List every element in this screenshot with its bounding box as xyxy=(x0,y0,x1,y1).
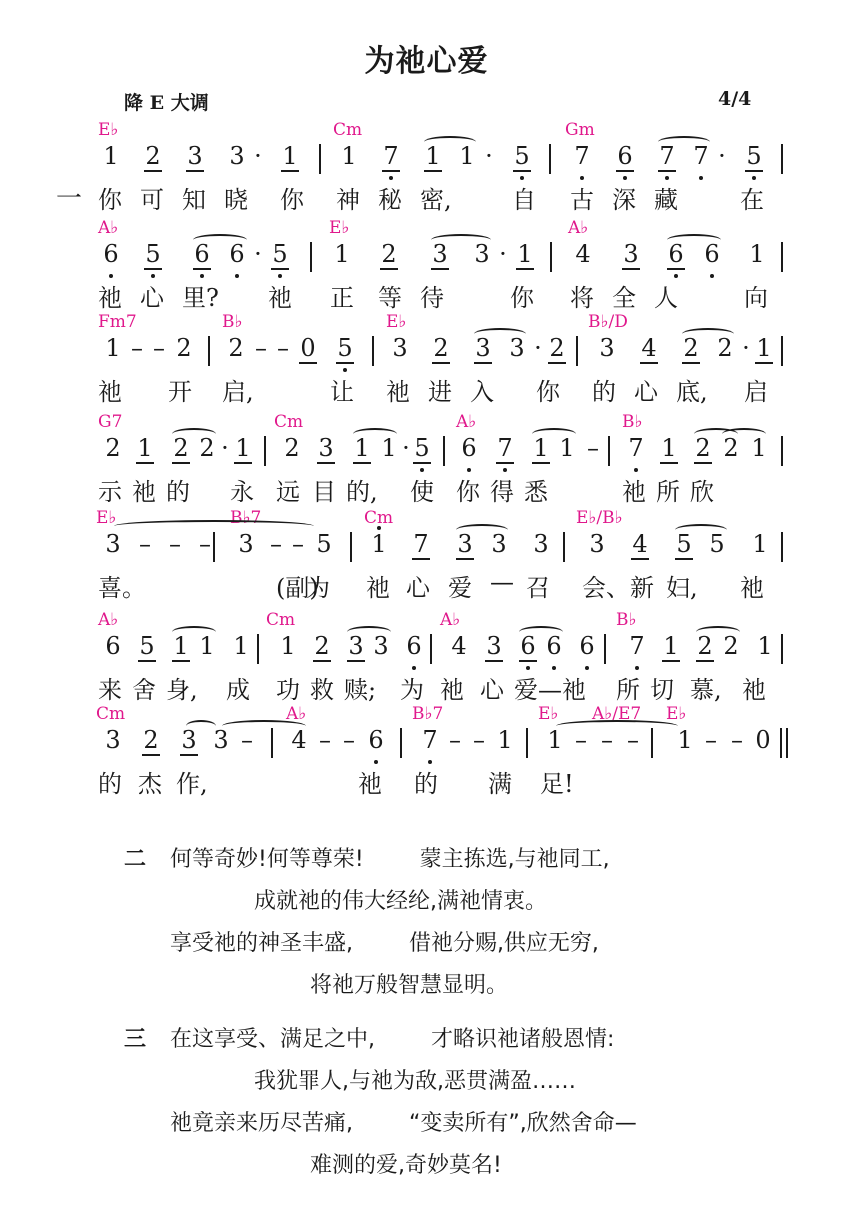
tie-slur xyxy=(474,328,526,340)
lyric-syllable: 正 xyxy=(330,278,354,313)
note: 4 xyxy=(640,334,658,364)
barline xyxy=(550,242,552,272)
sustain-dash: – xyxy=(274,334,292,362)
lyric-syllable: 妇, xyxy=(666,568,698,603)
note: 1 xyxy=(234,434,252,464)
lyric-syllable: 自 xyxy=(512,180,536,215)
lyric-syllable: 成 xyxy=(226,670,250,705)
sustain-dash: – xyxy=(166,530,184,558)
lyric-syllable: 向 xyxy=(744,278,768,313)
lyric-syllable: 使 xyxy=(410,472,434,507)
lyric-syllable: 会、新 xyxy=(582,568,654,603)
chord-symbol: E♭ xyxy=(329,218,349,238)
note: 7 xyxy=(421,726,439,754)
lyric-syllable: 悉 xyxy=(524,472,548,507)
dot-extension: · xyxy=(737,334,755,362)
tie-slur xyxy=(347,626,391,638)
barline xyxy=(264,436,266,466)
note: 3 xyxy=(588,530,606,558)
stanza-line: 何等奇妙!何等尊荣! 蒙主拣选,与祂同工, xyxy=(170,842,610,873)
note: 3 xyxy=(532,530,550,558)
note: 6 xyxy=(102,240,120,268)
lyric-syllable: 示 xyxy=(98,472,122,507)
score-system: A♭E♭A♭6566·51233·143661祂心里?祂正等待你将全人向 xyxy=(0,218,853,316)
tie-slur xyxy=(682,328,734,340)
sustain-dash: – xyxy=(340,726,358,754)
dot-extension: · xyxy=(216,434,234,462)
lyric-syllable: 晓 xyxy=(224,180,248,215)
chord-symbol: Cm xyxy=(274,412,303,432)
chord-symbol: E♭/B♭ xyxy=(576,508,623,528)
barline xyxy=(563,532,565,562)
note: 1 xyxy=(756,632,774,660)
chord-symbol: B♭/D xyxy=(588,312,628,332)
score-system: CmA♭B♭7E♭A♭/E7E♭3233–4––67––11–––1––0的杰作… xyxy=(0,704,853,802)
sustain-dash: – xyxy=(128,334,146,362)
barline xyxy=(781,242,783,272)
tie-slur xyxy=(172,626,216,638)
chord-symbol: B♭7 xyxy=(412,704,443,724)
lyric-syllable: 你 xyxy=(510,278,534,313)
chord-symbol: E♭ xyxy=(98,120,118,140)
chord-symbol: A♭ xyxy=(98,218,118,238)
tie-slur xyxy=(675,524,727,536)
lyric-syllable: 祂 xyxy=(440,670,464,705)
dot-extension: · xyxy=(494,240,512,268)
lyric-syllable: 可 xyxy=(140,180,164,215)
stanza-line: 我犹罪人,与祂为敌,恶贯满盈…… xyxy=(254,1064,576,1095)
lyric-syllable: 藏 xyxy=(654,180,678,215)
dot-extension: · xyxy=(480,142,498,170)
lyric-syllable: 所 xyxy=(656,472,680,507)
score-system: E♭CmGm1233·11711·57677·5你可知晓你神秘密,自古深藏在 xyxy=(0,120,853,218)
lyric-syllable: 待 xyxy=(420,278,444,313)
lyric-syllable: 祂 xyxy=(622,472,646,507)
note: 3 xyxy=(391,334,409,362)
lyric-syllable: 深 xyxy=(612,180,636,215)
tie-slur xyxy=(424,136,476,148)
lyric-syllable: 祂 xyxy=(268,278,292,313)
lower-octave-dot xyxy=(710,274,714,278)
chord-symbol: B♭ xyxy=(622,412,643,432)
note: 1 xyxy=(370,530,388,558)
lyric-syllable: 祂 xyxy=(358,764,382,799)
note: 5 xyxy=(144,240,162,270)
tie-slur xyxy=(696,626,740,638)
lyric-syllable: 祂 xyxy=(98,278,122,313)
lyric-syllable: 足! xyxy=(540,764,574,799)
note: 1 xyxy=(516,240,534,270)
sustain-dash: – xyxy=(136,530,154,558)
chord-symbol: E♭ xyxy=(666,704,686,724)
lyric-syllable: 为 xyxy=(400,670,424,705)
note: 1 xyxy=(755,334,773,364)
sustain-dash: – xyxy=(150,334,168,362)
chord-symbol: Cm xyxy=(364,508,393,528)
note: 3 xyxy=(237,530,255,558)
note: 0 xyxy=(299,334,317,364)
score-system: A♭CmA♭B♭65111123364366671221来舍身,成功救赎;为祂心… xyxy=(0,610,853,708)
note: 7 xyxy=(412,530,430,560)
stanza-line: 祂竟亲来历尽苦痛, “变卖所有”,欣然舍命— xyxy=(170,1106,637,1137)
lyric-syllable: 欣 xyxy=(690,472,714,507)
stanza-line: 成就祂的伟大经纶,满祂情衷。 xyxy=(254,884,547,915)
note: 3 xyxy=(485,632,503,662)
note: 7 xyxy=(573,142,591,170)
lyric-syllable: 喜。 xyxy=(98,568,146,603)
barline xyxy=(310,242,312,272)
note: 1 xyxy=(751,530,769,558)
note: 2 xyxy=(380,240,398,270)
lyric-syllable: 进 xyxy=(428,372,452,407)
barline xyxy=(549,144,551,174)
lower-octave-dot xyxy=(699,176,703,180)
time-signature: 4/4 xyxy=(718,88,751,110)
chord-symbol: E♭ xyxy=(386,312,406,332)
note: 1 xyxy=(748,240,766,268)
chord-symbol: A♭ xyxy=(568,218,588,238)
lyric-syllable: 身, xyxy=(166,670,198,705)
lyric-syllable: 密, xyxy=(420,180,452,215)
chord-symbol: Cm xyxy=(96,704,125,724)
barline xyxy=(526,728,528,758)
tie-slur xyxy=(456,524,508,536)
lyric-syllable: 祂 xyxy=(742,670,766,705)
lyric-syllable: 开 xyxy=(168,372,192,407)
lyric-syllable: 祂 xyxy=(366,568,390,603)
chord-symbol: B♭ xyxy=(616,610,637,630)
note: 2 xyxy=(142,726,160,756)
lyric-syllable: 祂 xyxy=(386,372,410,407)
score-system: Fm7B♭E♭B♭/D1––22––053233·23422·1祂开启,让祂进入… xyxy=(0,312,853,410)
note: 6 xyxy=(460,434,478,462)
barline xyxy=(781,144,783,174)
barline xyxy=(430,634,432,664)
note: 6 xyxy=(367,726,385,754)
note: 6 xyxy=(616,142,634,172)
upper-octave-dot xyxy=(377,526,381,530)
tie-slur xyxy=(532,428,576,440)
lyric-syllable: 满 xyxy=(488,764,512,799)
lyric-syllable: 慕, xyxy=(690,670,722,705)
note: 3 xyxy=(104,726,122,754)
lyric-syllable: 心 xyxy=(140,278,164,313)
dot-extension: · xyxy=(529,334,547,362)
note: 2 xyxy=(283,434,301,462)
lyric-syllable: 来 xyxy=(98,670,122,705)
note: 1 xyxy=(333,240,351,268)
lyric-syllable: 爱 xyxy=(448,568,472,603)
lyric-syllable: 切 xyxy=(650,670,674,705)
tie-slur xyxy=(431,234,491,246)
lyric-syllable: 心 xyxy=(480,670,504,705)
note: 1 xyxy=(496,726,514,754)
barline xyxy=(443,436,445,466)
stanza-line: 将祂万般智慧显明。 xyxy=(310,968,508,999)
barline xyxy=(781,336,783,366)
tie-slur xyxy=(519,626,563,638)
lyric-syllable: 作, xyxy=(176,764,208,799)
lyric-syllable: 你 xyxy=(280,180,304,215)
tie-slur xyxy=(193,234,247,246)
dot-extension: · xyxy=(713,142,731,170)
barline xyxy=(257,634,259,664)
stanza-line: 难测的爱,奇妙莫名! xyxy=(310,1148,502,1179)
note: 3 xyxy=(598,334,616,362)
chord-symbol: Cm xyxy=(333,120,362,140)
lyric-syllable: 的, xyxy=(346,472,378,507)
lyric-syllable: 古 xyxy=(570,180,594,215)
chord-symbol: Gm xyxy=(565,120,595,140)
lyric-syllable: 永 xyxy=(230,472,254,507)
chord-symbol: Cm xyxy=(266,610,295,630)
lyric-syllable: 的 xyxy=(166,472,190,507)
lyric-syllable: 将 xyxy=(570,278,594,313)
lyric-syllable: 的 xyxy=(414,764,438,799)
lyric-syllable: 人 xyxy=(654,278,678,313)
lyric-syllable: 让 xyxy=(330,372,354,407)
note: 3 xyxy=(104,530,122,558)
lyric-syllable: 祂 xyxy=(98,372,122,407)
barline xyxy=(372,336,374,366)
note: 2 xyxy=(144,142,162,172)
tie-slur xyxy=(172,428,216,440)
barline xyxy=(208,336,210,366)
lyric-syllable: 你 xyxy=(536,372,560,407)
lyric-syllable: 里? xyxy=(182,278,219,313)
lyric-syllable: 知 xyxy=(182,180,206,215)
lyric-syllable: 目 xyxy=(312,472,336,507)
note: 7 xyxy=(627,434,645,462)
tie-slur xyxy=(222,720,306,732)
note: 1 xyxy=(281,142,299,172)
lyric-syllable: 秘 xyxy=(378,180,402,215)
lyric-syllable: 启, xyxy=(222,372,254,407)
barline xyxy=(781,436,783,466)
note: 1 xyxy=(232,632,250,660)
note: 4 xyxy=(631,530,649,560)
score-system: E♭B♭7CmE♭/B♭3–––3––51733334551喜。(副)为祂心爱—… xyxy=(0,508,853,606)
tie-slur xyxy=(114,520,314,532)
lower-octave-dot xyxy=(235,274,239,278)
note: 7 xyxy=(382,142,400,172)
barline xyxy=(651,728,653,758)
tie-slur xyxy=(667,234,721,246)
lyric-syllable: 全 xyxy=(612,278,636,313)
note: 5 xyxy=(315,530,333,558)
lyric-syllable: 启 xyxy=(744,372,768,407)
note: 1 xyxy=(102,142,120,170)
note: 5 xyxy=(138,632,156,662)
note: 4 xyxy=(450,632,468,660)
lyric-syllable: 心 xyxy=(634,372,658,407)
dot-extension: · xyxy=(249,142,267,170)
sustain-dash: – xyxy=(446,726,464,754)
lyric-syllable: 爱—祂 xyxy=(514,670,586,705)
sustain-dash: – xyxy=(728,726,746,754)
tie-slur xyxy=(658,136,710,148)
lyric-syllable: 所 xyxy=(616,670,640,705)
lyric-syllable: 舍 xyxy=(132,670,156,705)
lyric-syllable: 底, xyxy=(676,372,708,407)
stanza-number: 二 xyxy=(124,842,146,873)
note: 2 xyxy=(313,632,331,662)
tie-slur xyxy=(722,428,766,440)
note: 1 xyxy=(676,726,694,754)
barline xyxy=(400,728,402,758)
lyric-syllable: — xyxy=(490,568,514,596)
tie-slur xyxy=(556,720,678,732)
note: 2 xyxy=(548,334,566,364)
key-signature: 降 E 大调 xyxy=(124,88,209,115)
sustain-dash: – xyxy=(289,530,307,558)
lyric-syllable: 得 xyxy=(490,472,514,507)
barline xyxy=(213,532,215,562)
chord-symbol: A♭ xyxy=(456,412,476,432)
note: 7 xyxy=(628,632,646,660)
note: 7 xyxy=(496,434,514,464)
chord-symbol: A♭ xyxy=(98,610,118,630)
sustain-dash: – xyxy=(702,726,720,754)
lyric-syllable: 祂 xyxy=(740,568,764,603)
note: 3 xyxy=(228,142,246,170)
note: 6 xyxy=(405,632,423,660)
lyric-syllable: 功 xyxy=(276,670,300,705)
lyric-syllable: 你 xyxy=(98,180,122,215)
note: 1 xyxy=(136,434,154,464)
chord-symbol: Fm7 xyxy=(98,312,137,332)
note: 2 xyxy=(175,334,193,362)
stanza-line: 享受祂的神圣丰盛, 借祂分赐,供应无穷, xyxy=(170,926,599,957)
lyric-syllable: 杰 xyxy=(138,764,162,799)
note: 1 xyxy=(660,434,678,464)
note: 3 xyxy=(186,142,204,172)
lyric-syllable: 等 xyxy=(378,278,402,313)
lyric-syllable: 在 xyxy=(740,180,764,215)
lyric-syllable: 神 xyxy=(336,180,360,215)
chord-symbol: B♭ xyxy=(222,312,243,332)
note: 6 xyxy=(578,632,596,660)
sustain-dash: – xyxy=(267,530,285,558)
lyric-syllable: 赎; xyxy=(344,670,376,705)
barline xyxy=(319,144,321,174)
barline xyxy=(271,728,273,758)
chord-symbol: G7 xyxy=(98,412,122,432)
note: 6 xyxy=(104,632,122,660)
lyric-syllable: 你 xyxy=(456,472,480,507)
sustain-dash: – xyxy=(316,726,334,754)
barline xyxy=(576,336,578,366)
note: 1 xyxy=(662,632,680,662)
lyric-syllable: 入 xyxy=(470,372,494,407)
stanza-line: 在这享受、满足之中, 才略识祂诸般恩情: xyxy=(170,1022,614,1053)
note: 3 xyxy=(317,434,335,464)
barline xyxy=(781,532,783,562)
note: 1 xyxy=(340,142,358,170)
note: 0 xyxy=(754,726,772,754)
note: 5 xyxy=(413,434,431,464)
note: 2 xyxy=(227,334,245,362)
tie-slur xyxy=(353,428,397,440)
tie-slur xyxy=(186,720,216,732)
barline xyxy=(350,532,352,562)
note: 5 xyxy=(745,142,763,172)
note: 5 xyxy=(336,334,354,364)
sustain-dash: – xyxy=(252,334,270,362)
note: 1 xyxy=(104,334,122,362)
note: 5 xyxy=(513,142,531,172)
score-system: G7CmA♭B♭2122·12311·56711–71221示祂的永远目的,使你… xyxy=(0,412,853,510)
sustain-dash: – xyxy=(584,434,602,462)
song-title: 为祂心爱 xyxy=(0,36,853,80)
lyric-syllable: 召 xyxy=(526,568,550,603)
lyric-syllable: 心 xyxy=(406,568,430,603)
barline xyxy=(608,436,610,466)
note: 5 xyxy=(271,240,289,270)
note: 3 xyxy=(622,240,640,270)
lyric-syllable: 为 xyxy=(306,568,330,603)
note: 2 xyxy=(432,334,450,364)
note: 1 xyxy=(279,632,297,660)
lyric-syllable: 祂 xyxy=(132,472,156,507)
lyric-syllable: 的 xyxy=(592,372,616,407)
chord-symbol: E♭ xyxy=(538,704,558,724)
note: 4 xyxy=(574,240,592,268)
lyric-syllable: 远 xyxy=(276,472,300,507)
sustain-dash: – xyxy=(196,530,214,558)
dot-extension: · xyxy=(249,240,267,268)
note: 2 xyxy=(104,434,122,462)
sustain-dash: – xyxy=(470,726,488,754)
chord-symbol: A♭ xyxy=(440,610,460,630)
stanza-number: 三 xyxy=(124,1022,146,1053)
barline xyxy=(604,634,606,664)
final-double-barline xyxy=(780,728,788,758)
barline xyxy=(781,634,783,664)
lyric-syllable: 救 xyxy=(310,670,334,705)
lyric-syllable: 的 xyxy=(98,764,122,799)
